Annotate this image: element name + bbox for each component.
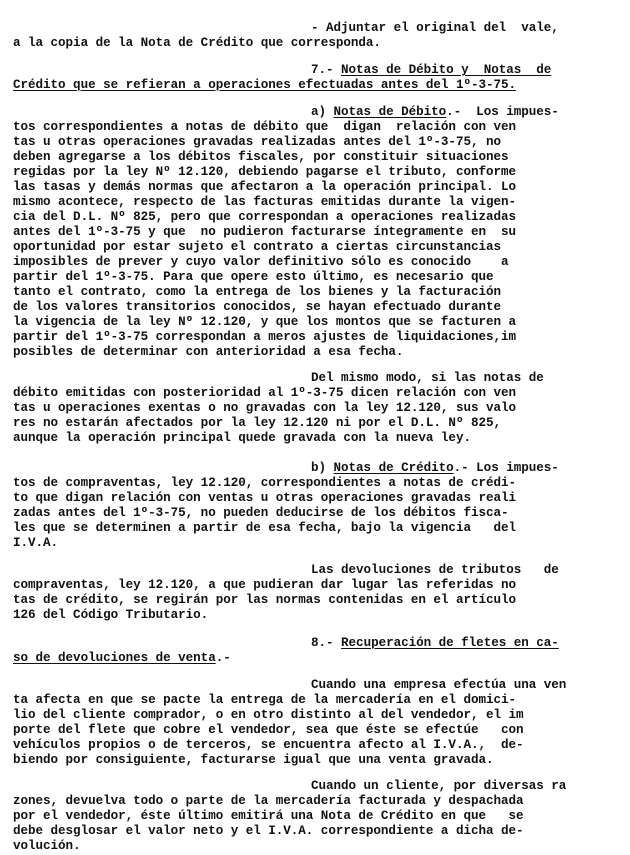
intro-line-2: a la copia de la Nota de Crédito que cor… (13, 36, 617, 51)
section-8-title-2: so de devoluciones de venta (13, 651, 216, 665)
section-7-heading-line-1: 7.- Notas de Débito y Notas de (311, 63, 617, 78)
paragraph-first-line: Cuando una empresa efectúa una ven (311, 678, 617, 693)
paragraph-line: débito emitidas con posterioridad al 1º-… (13, 386, 617, 401)
paragraph-line: ta afecta en que se pacte la entrega de … (13, 693, 617, 708)
section-8-heading-line-1: 8.- Recuperación de fletes en ca- (311, 636, 617, 651)
paragraph-line: tos de compraventas, ley 12.120, corresp… (13, 476, 617, 491)
paragraph-line: la vigencia de la ley Nº 12.120, y que l… (13, 315, 617, 330)
paragraph-first-line: Las devoluciones de tributos de (311, 563, 617, 578)
section-8-number: 8.- (311, 636, 334, 650)
section-7b-title: Notas de Crédito (334, 461, 454, 475)
paragraph-line: volución. (13, 839, 617, 854)
paragraph-line: lio del cliente comprador, o en otro dis… (13, 708, 617, 723)
paragraph-line: las tasas y demás normas que afectaron a… (13, 180, 617, 195)
intro-line-1: - Adjuntar el original del vale, (311, 21, 617, 36)
document-page: - Adjuntar el original del vale, a la co… (0, 0, 630, 855)
paragraph-line: por el vendedor, éste último emitirá una… (13, 809, 617, 824)
paragraph-line: tas de crédito, se regirán por las norma… (13, 593, 617, 608)
paragraph-line: to que digan relación con ventas u otras… (13, 491, 617, 506)
section-7b-heading-rest: .- Los impues- (454, 461, 559, 475)
paragraph-line: zones, devuelva todo o parte de la merca… (13, 794, 617, 809)
paragraph-line: aunque la operación principal quede grav… (13, 431, 617, 446)
paragraph-line: oportunidad por estar sujeto el contrato… (13, 240, 617, 255)
paragraph-line: tas u otras operaciones gravadas realiza… (13, 135, 617, 150)
paragraph-line: porte del flete que cobre el vendedor, s… (13, 723, 617, 738)
section-7a-title: Notas de Débito (334, 105, 447, 119)
paragraph-line: 126 del Código Tributario. (13, 608, 617, 623)
section-7-title-1: Notas de Débito y Notas de (341, 63, 551, 77)
section-7-title-2: Crédito que se refieran a operaciones ef… (13, 78, 516, 92)
paragraph-line: compraventas, ley 12.120, a que pudieran… (13, 578, 617, 593)
paragraph-line: res no estarán afectados por la ley 12.1… (13, 416, 617, 431)
section-7-heading-line-2: Crédito que se refieran a operaciones ef… (13, 78, 617, 93)
paragraph-line: vehículos propios o de terceros, se encu… (13, 738, 617, 753)
section-7a-heading-rest: .- Los impues- (446, 105, 559, 119)
paragraph-first-line: Del mismo modo, si las notas de (311, 371, 617, 386)
paragraph-line: regidas por la ley Nº 12.120, debiendo p… (13, 165, 617, 180)
paragraph-line: antes del 1º-3-75 y que no pudieron fact… (13, 225, 617, 240)
paragraph-line: les que se determinen a partir de esa fe… (13, 521, 617, 536)
section-7b-heading: b) Notas de Crédito.- Los impues- (311, 461, 617, 476)
paragraph-line: biendo por consiguiente, facturarse igua… (13, 753, 617, 768)
paragraph-line: imposibles de prever y cuyo valor defini… (13, 255, 617, 270)
section-8-title-suffix: .- (216, 651, 231, 665)
paragraph-first-line: Cuando un cliente, por diversas ra (311, 779, 617, 794)
paragraph-line: tanto el contrato, como la entrega de lo… (13, 285, 617, 300)
paragraph-line: de los valores transitorios conocidos, s… (13, 300, 617, 315)
section-8-title-1: Recuperación de fletes en ca- (341, 636, 559, 650)
section-7a-label: a) (311, 105, 326, 119)
paragraph-line: partir del 1º-3-75 correspondan a meros … (13, 330, 617, 345)
section-7b-label: b) (311, 461, 326, 475)
paragraph-line: posibles de determinar con anterioridad … (13, 345, 617, 360)
paragraph-line: I.V.A. (13, 536, 617, 551)
paragraph-line: tos correspondientes a notas de débito q… (13, 120, 617, 135)
paragraph-line: zadas antes del 1º-3-75, no pueden deduc… (13, 506, 617, 521)
paragraph-line: partir del 1º-3-75. Para que opere esto … (13, 270, 617, 285)
paragraph-line: debe desglosar el valor neto y el I.V.A.… (13, 824, 617, 839)
section-7a-heading: a) Notas de Débito.- Los impues- (311, 105, 617, 120)
section-7-number: 7.- (311, 63, 334, 77)
paragraph-line: tas u operaciones exentas o no gravadas … (13, 401, 617, 416)
paragraph-line: cia del D.L. Nº 825, pero que correspond… (13, 210, 617, 225)
paragraph-line: mismo acontece, respecto de las facturas… (13, 195, 617, 210)
section-8-heading-line-2: so de devoluciones de venta.- (13, 651, 617, 666)
paragraph-line: deben agregarse a los débitos fiscales, … (13, 150, 617, 165)
